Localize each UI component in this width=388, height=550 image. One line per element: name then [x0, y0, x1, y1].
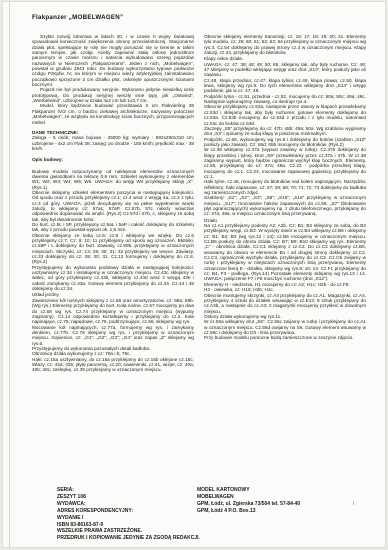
footer-value: [197, 528, 378, 535]
footer-value: MOBELWAGEN: [197, 494, 378, 501]
footer-label: WYDAWCA:: [57, 501, 197, 508]
text-columns: Szybki rozwój lotnictwa w latach 30, i w…: [32, 34, 366, 373]
footer-value: GPM, Łódź, ul. Zgierska 73/504 tel. 57-8…: [197, 501, 378, 508]
footer-label: WYDANIE I: [57, 515, 197, 522]
footer-row: WYDAWCA:GPM, Łódź, ul. Zgierska 73/504 t…: [57, 501, 378, 508]
paragraph: Mocowanie kół napinających, cz.77a, form…: [32, 325, 194, 346]
scan-edge-line: [9, 1, 10, 548]
footer-row: WYDANIE I: [57, 515, 378, 522]
paragraph: Przy budowie modelu pomocne będą zamiesz…: [204, 335, 366, 340]
paragraph: Budowę modelu rozpoczynamy od naklejenia…: [32, 169, 194, 190]
footer-value: GPM, Łódź 4 P.O. Box.13: [197, 508, 378, 515]
scanned-page: Flakpanzer „MOBELWAGEN” Szybki rozwój lo…: [2, 1, 386, 548]
paragraph: Haki tylne, cz.46, mocujemy do błotników…: [204, 179, 366, 195]
paragraph: Haki: cz.15a usztywniamy, do cz.15a przy…: [32, 357, 194, 373]
paragraph: Obecnie sklejamy ze sobą cz.6; cz.8 i wk…: [32, 233, 194, 265]
paragraph: UWAGA: cz: 47; 38; 48; 49; 50; 65, sklej…: [204, 62, 366, 78]
scan-speck: [353, 501, 354, 505]
paragraph: Model, który będziecie budować przedstaw…: [32, 103, 194, 124]
left-column: Szybki rozwój lotnictwa w latach 30, i w…: [32, 34, 194, 373]
paragraph: Podpórki tylna - cz.51, przednia - cz.52…: [204, 94, 366, 105]
paragraph: W cz.38 wklejamy cz.37a (wypust zawiasy …: [204, 147, 366, 179]
footer-label: SERIA:: [57, 487, 197, 494]
footer-label: ZESZYT 108: [57, 494, 197, 501]
section-heading: Opis budowy:: [32, 157, 194, 162]
footer-row: ZESZYT 108MOBELWAGEN: [57, 494, 378, 501]
footer-label: PRZEDRUK I KOPIOWANIE JEDYNIE ZA ZGODĄ R…: [57, 535, 197, 542]
paragraph: W cz.56a wklejamy drut „S6”. Cz.56c zwij…: [204, 319, 366, 335]
paragraph: Podpórki, cz.65, wykonujemy wg rys.5 i d…: [204, 137, 366, 148]
paragraph: Przystępujemy do wykonania podstawy dzia…: [32, 265, 194, 292]
page-title: Flakpanzer „MOBELWAGEN”: [32, 14, 123, 21]
paragraph: Zaczepy „S5” przyklejamy do cz: 47b; 48b…: [204, 126, 366, 137]
footer-label: ADRES KORESPONDENCYJNY:: [57, 508, 197, 515]
footer-row: SERIA:MODEL KARTONOWY: [57, 487, 378, 494]
imprint-footer: SERIA:MODEL KARTONOWYZESZYT 108MOBELWAGE…: [57, 487, 378, 542]
footer-label: WSZELKIE PRAWA ZASTRZEŻONE.: [57, 528, 197, 535]
paragraph: Pojazd nie był produkowany seryjnie. Wyk…: [32, 87, 194, 103]
footer-value: [197, 535, 378, 542]
paragraph: Załoga - 5 osób; masa bojowa - 25000 kg;…: [32, 135, 194, 151]
footer-row: ADRES KORESPONDENCYJNY:GPM, Łódź 4 P.O. …: [57, 508, 378, 515]
paragraph: Obecnie przyklejamy cz.53a, następnie pr…: [204, 104, 366, 125]
paragraph: Na cz.A1 przyklejamy podesty A2; A2b. Cz…: [204, 223, 366, 282]
paragraph: Obecnie sklejamy elementy transmisji, cz…: [204, 34, 366, 55]
paragraph: Szybki rozwój lotnictwa w latach 30, i w…: [32, 34, 194, 87]
footer-value: [197, 515, 378, 522]
paragraph: Cz.48, klapa przednia; cz.47, klapa tyln…: [204, 78, 366, 94]
footer-row: PRZEDRUK I KOPIOWANIE JEDYNIE ZA ZGODĄ R…: [57, 535, 378, 542]
footer-value: MODEL KARTONOWY: [197, 487, 378, 494]
paragraph: Obecnie montujemy skrzynki, cz.A3 przykl…: [204, 293, 366, 314]
paragraph: Zawieszenie kół nośnych sklejamy z cz.68…: [32, 298, 194, 325]
paragraph: Obecnie sklejamy szkielet elementami pos…: [32, 190, 194, 222]
right-column: Obecnie sklejamy elementy transmisji, cz…: [204, 34, 366, 373]
paragraph: Szablony: „S1”; „S2”; „S3”; „S8”; „S15”;…: [204, 195, 366, 216]
paragraph: Do burt, cz.5L i 5P, przyklejamy cz.5aL …: [32, 222, 194, 233]
footer-row: WSZELKIE PRAWA ZASTRZEŻONE.: [57, 528, 378, 535]
footer-value: [197, 522, 378, 529]
